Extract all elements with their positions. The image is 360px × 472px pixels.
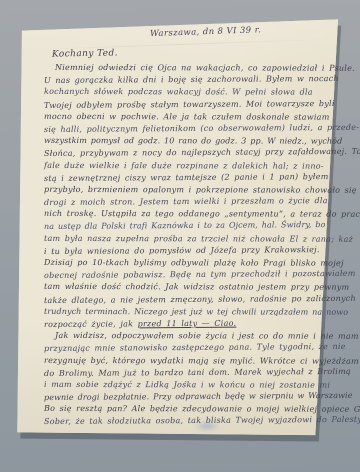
letter-line: i tu była wniesiona do pomysłów od Józef… — [44, 244, 336, 258]
letter-line: Twojej odbyłem prośbę stałym towarzyszem… — [44, 98, 336, 112]
letter-line: Słońca, przybywam z nocy do najlepszych … — [44, 146, 336, 160]
underlined-phrase: przed 11 laty — Ciao. — [138, 319, 237, 329]
letter-line: także dlatego, a nie jestem zmęczony, sł… — [44, 293, 336, 307]
letter-line: do Brolimy. Mam już to bardzo tani dom. … — [44, 366, 336, 380]
letter-line: się halli, politycznym felietonikom (co … — [44, 122, 336, 136]
letter-line: przyznając mnie stanowisko zastępczego p… — [44, 341, 336, 355]
letter-photo: Warszawa, dn 8 VI 39 r. Kochany Ted. Nie… — [0, 0, 360, 472]
letter-line: rozpocząć życie, jak przed 11 laty — Cia… — [44, 317, 336, 331]
letter-line: na ustęp dla Polski trafi Kaznówka i to … — [44, 219, 336, 233]
ink-stain — [194, 420, 220, 432]
letter-line: Sober, że tak słodziutka osoba, tak blis… — [44, 414, 336, 428]
letter-line: stą i zewnętrznej ciszy wraz tamtejsze (… — [44, 171, 336, 185]
letter-lines: Niemniej odwiedzi cię Ojca na wakacjach,… — [44, 62, 336, 428]
letter-salutation: Kochany Ted. — [52, 48, 118, 59]
